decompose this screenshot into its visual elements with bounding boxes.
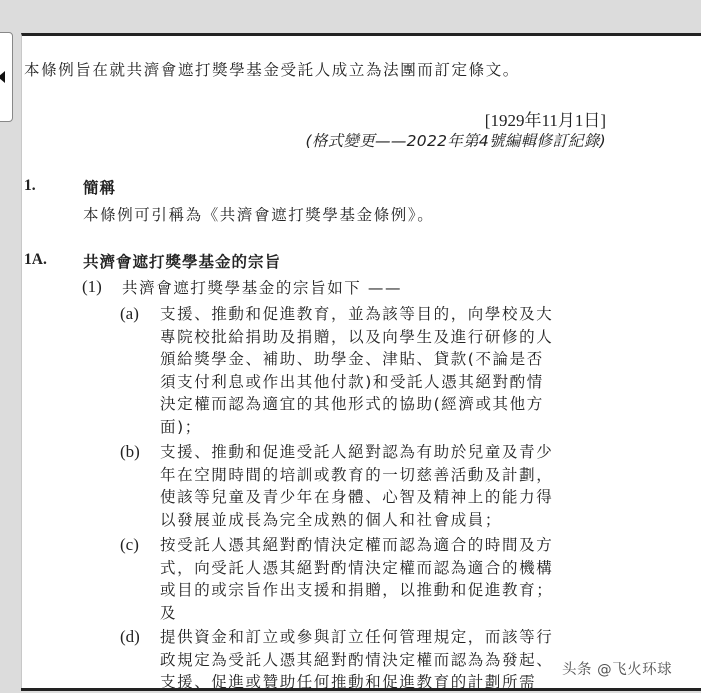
paragraph-line: 決定權而認為適宜的其他形式的協助(經濟或其他方 xyxy=(160,393,553,416)
paragraph-line: 專院校批給捐助及捐贈，以及向學生及進行研修的人 xyxy=(160,326,553,349)
section-number: 1A. xyxy=(24,251,47,269)
document-page: 本條例旨在就共濟會遮打獎學基金受託人成立為法團而訂定條文。 [1929年11月1… xyxy=(21,33,701,688)
paragraph-line: 以發展並成長為完全成熟的個人和社會成員； xyxy=(160,509,553,532)
subsection-text: 共濟會遮打獎學基金的宗旨如下 —— xyxy=(122,276,402,298)
paragraph-label: (c) xyxy=(120,535,139,555)
section-heading: 簡稱 xyxy=(83,176,116,198)
section-heading: 共濟會遮打獎學基金的宗旨 xyxy=(83,250,281,272)
paragraph-label: (d) xyxy=(120,627,140,647)
paragraph-label: (b) xyxy=(120,442,140,462)
paragraph-line: 政規定為受託人憑其絕對酌情決定權而認為為發起、 xyxy=(160,649,553,672)
paragraph-line: 按受託人憑其絕對酌情決定權而認為適合的時間及方 xyxy=(160,534,553,557)
collapse-panel-tab[interactable] xyxy=(0,32,13,122)
paragraph-line: 及 xyxy=(160,602,553,625)
section-number: 1. xyxy=(24,177,36,195)
watermark: 头条 @飞火环球 xyxy=(562,658,672,679)
paragraph-line: 頒給獎學金、補助、助學金、津貼、貸款(不論是否 xyxy=(160,348,553,371)
subsection-number: (1) xyxy=(82,277,102,297)
commencement-date: [1929年11月1日] xyxy=(485,106,606,131)
triangle-left-icon xyxy=(0,71,5,83)
paragraph-line: 支援、推動和促進受託人絕對認為有助於兒童及青少 xyxy=(160,441,553,464)
paragraph-label: (a) xyxy=(120,304,139,324)
ordinance-long-title: 本條例旨在就共濟會遮打獎學基金受託人成立為法團而訂定條文。 xyxy=(24,58,520,80)
paragraph-line: 年在空閒時間的培訓或教育的一切慈善活動及計劃， xyxy=(160,464,553,487)
paragraph-line: 使該等兒童及青少年在身體、心智及精神上的能力得 xyxy=(160,486,553,509)
paragraph-line: 提供資金和訂立或參與訂立任何管理規定，而該等行 xyxy=(160,626,553,649)
paragraph-line: 或目的或宗旨作出支援和捐贈，以推動和促進教育； xyxy=(160,579,553,602)
amendment-note: (格式變更——2022年第4號編輯修訂紀錄) xyxy=(305,129,606,151)
section-body: 本條例可引稱為《共濟會遮打獎學基金條例》。 xyxy=(83,203,434,225)
page-bottom-border xyxy=(21,688,701,691)
paragraph-line: 式，向受託人憑其絕對酌情決定權而認為適合的機構 xyxy=(160,557,553,580)
paragraph-line: 須支付利息或作出其他付款)和受託人憑其絕對酌情 xyxy=(160,371,553,394)
paragraph-line: 面)； xyxy=(160,416,553,439)
paragraph-line: 支援、促進或贊助任何推動和促進教育的計劃所需 xyxy=(160,671,553,688)
paragraph-line: 支援、推動和促進教育，並為該等目的，向學校及大 xyxy=(160,303,553,326)
